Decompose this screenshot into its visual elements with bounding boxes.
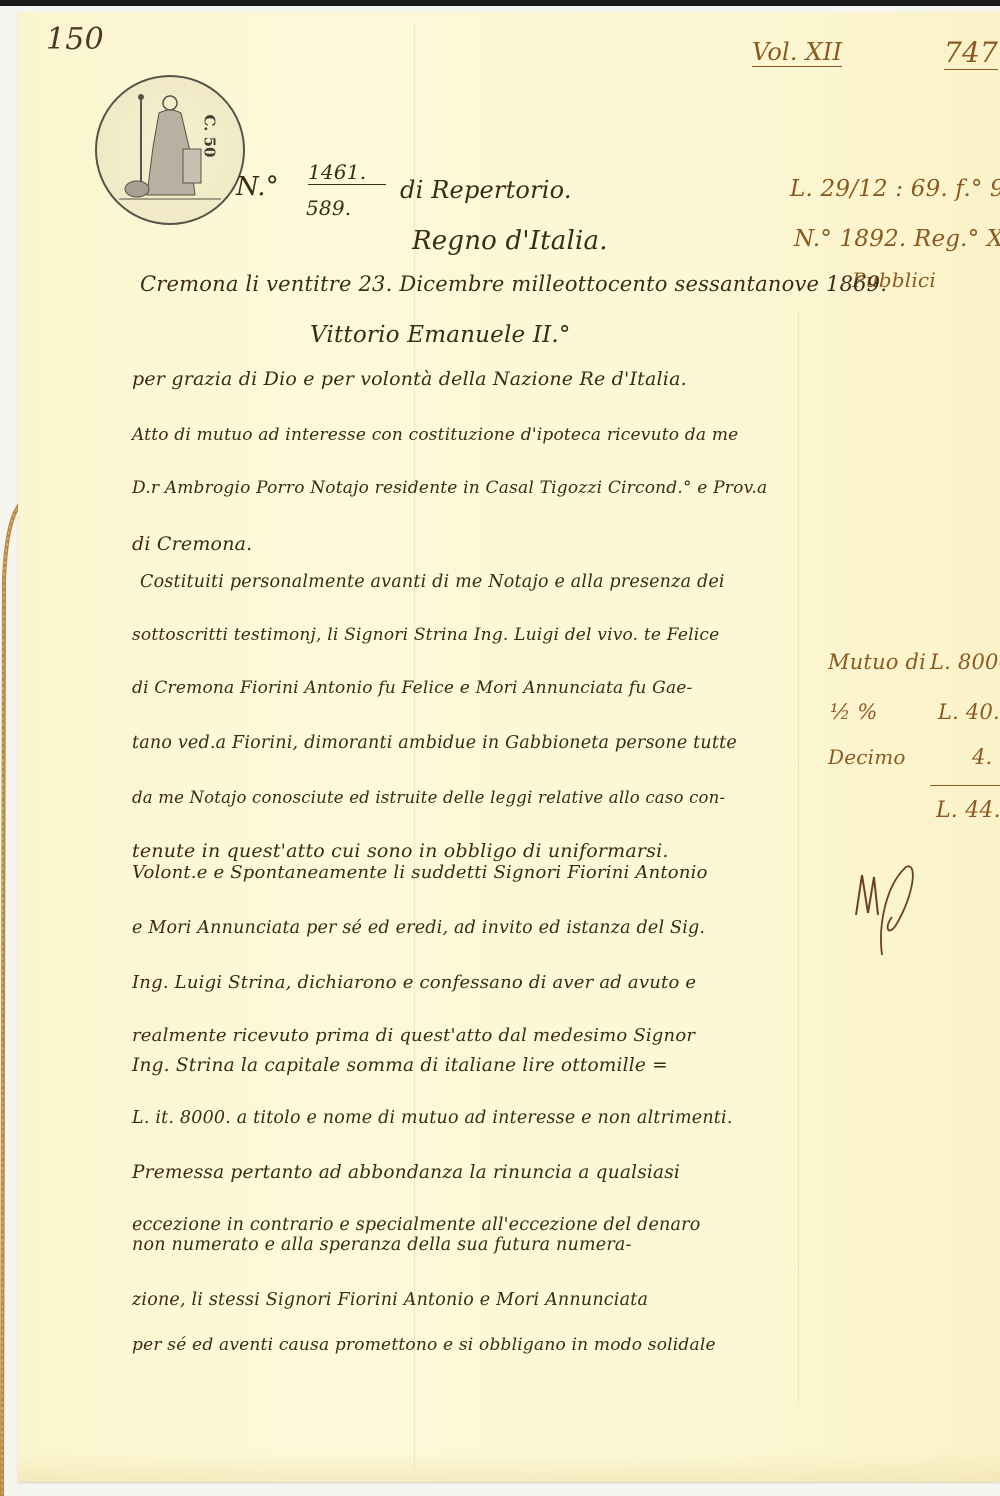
body-line: di Cremona. bbox=[132, 533, 252, 555]
body-line: sottoscritti testimonj, li Signori Strin… bbox=[132, 625, 719, 645]
body-line: da me Notajo conosciute ed istruite dell… bbox=[132, 788, 725, 807]
body-line-date: Cremona li ventitre 23. Dicembre milleot… bbox=[140, 272, 887, 296]
volume-label: Vol. XII bbox=[752, 38, 842, 67]
calc-label-rate: ½ % bbox=[830, 700, 878, 724]
calc-amount-mutuo: L. 8000 bbox=[930, 650, 1000, 674]
body-line: per grazia di Dio e per volontà della Na… bbox=[132, 368, 687, 390]
body-line: tenute in quest'atto cui sono in obbligo… bbox=[132, 840, 669, 862]
body-line: di Cremona Fiorini Antonio fu Felice e M… bbox=[132, 678, 693, 698]
body-line: e Mori Annunciata per sé ed eredi, ad in… bbox=[132, 918, 705, 938]
repertorio-suffix: di Repertorio. bbox=[400, 176, 572, 204]
repertorio-prefix: N.° bbox=[236, 172, 279, 202]
body-line: Volont.e e Spontaneamente li suddetti Si… bbox=[132, 862, 708, 883]
stamp-value: C. 50 bbox=[201, 115, 219, 158]
revenue-stamp-seal: C. 50 bbox=[95, 75, 245, 225]
document-heading: Regno d'Italia. bbox=[412, 226, 608, 256]
margin-rule bbox=[798, 312, 799, 1402]
notary-initials-flourish bbox=[848, 855, 918, 965]
calc-sum-rule bbox=[930, 785, 1000, 786]
body-line: eccezione in contrario e specialmente al… bbox=[132, 1215, 700, 1235]
page-number: 150 bbox=[46, 22, 104, 57]
calc-amount-decimo: 4. bbox=[972, 745, 992, 769]
body-line: realmente ricevuto prima di quest'atto d… bbox=[132, 1025, 695, 1046]
calc-amount-total: L. 44. bbox=[936, 798, 1000, 823]
body-line: L. it. 8000. a titolo e nome di mutuo ad… bbox=[132, 1108, 733, 1128]
scan-top-border bbox=[0, 0, 1000, 6]
body-line: Ing. Luigi Strina, dichiarono e confessa… bbox=[132, 972, 696, 993]
repertorio-number-bottom: 589. bbox=[306, 196, 351, 220]
body-line-king: Vittorio Emanuele II.° bbox=[310, 322, 571, 348]
folio-number: 747 bbox=[944, 36, 998, 70]
registration-note-line1: L. 29/12 : 69. f.° 97 bbox=[790, 176, 1000, 202]
body-line: Costituiti personalmente avanti di me No… bbox=[140, 572, 725, 592]
calc-label-decimo: Decimo bbox=[828, 745, 906, 769]
calc-label-mutuo: Mutuo di bbox=[828, 650, 926, 674]
repertorio-number-top: 1461. bbox=[308, 160, 386, 185]
italia-figure-icon bbox=[97, 77, 243, 223]
body-line: zione, li stessi Signori Fiorini Antonio… bbox=[132, 1290, 648, 1310]
calc-amount-rate: L. 40. bbox=[938, 700, 1000, 724]
registration-note-line2: N.° 1892. Reg.° XII bbox=[794, 226, 1000, 252]
body-line: tano ved.a Fiorini, dimoranti ambidue in… bbox=[132, 733, 737, 753]
body-line: Premessa pertanto ad abbondanza la rinun… bbox=[132, 1162, 680, 1183]
body-line: Ing. Strina la capitale somma di italian… bbox=[132, 1055, 668, 1076]
body-line: Atto di mutuo ad interesse con costituzi… bbox=[132, 425, 738, 445]
body-line: D.r Ambrogio Porro Notajo residente in C… bbox=[132, 478, 767, 498]
body-line: per sé ed aventi causa promettono e si o… bbox=[132, 1335, 716, 1355]
body-line: non numerato e alla speranza della sua f… bbox=[132, 1235, 632, 1255]
